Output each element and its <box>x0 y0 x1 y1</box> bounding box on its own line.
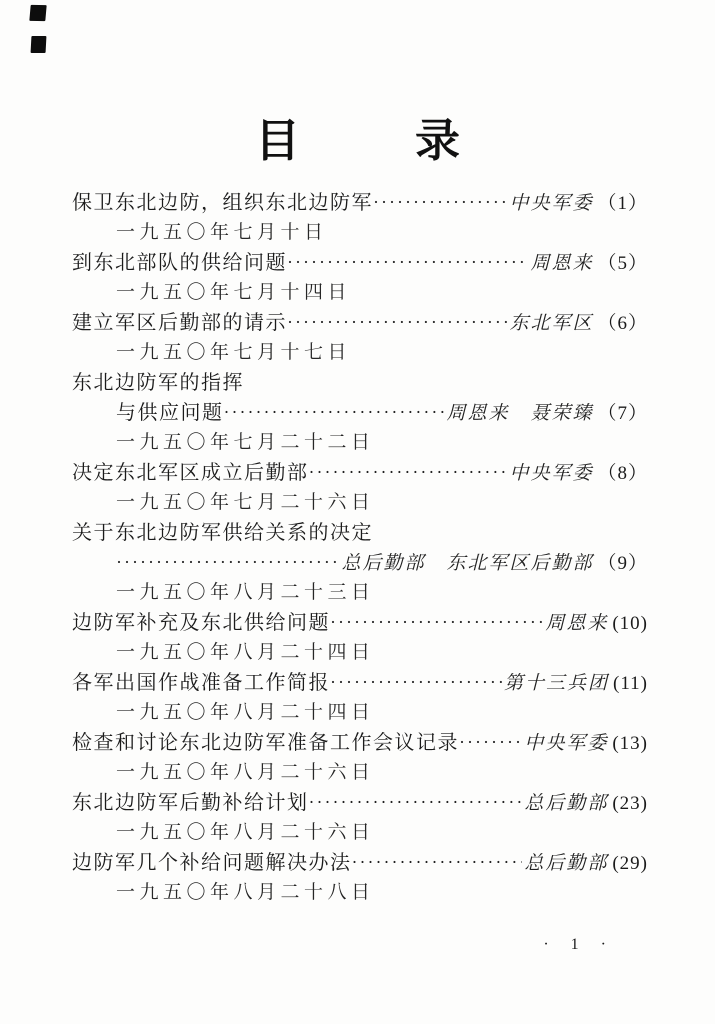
toc-line: 东北边防军的指挥 <box>72 368 648 398</box>
entry-source: 总后勤部 <box>524 849 608 879</box>
line-text: 与供应问题 <box>116 398 224 428</box>
dot-leader: ········································… <box>287 307 507 337</box>
toc-line: 一九五〇年八月二十六日 <box>72 758 648 788</box>
entry-page: (11) <box>613 669 648 699</box>
toc-line: 关于东北边防军供给关系的决定 <box>72 518 648 548</box>
line-text: 决定东北军区成立后勤部 <box>72 458 309 488</box>
toc-line: 到东北部队的供给问题 ·····························… <box>72 248 648 278</box>
entry-source: 总后勤部 <box>524 789 608 819</box>
toc-line: 一九五〇年八月二十六日 <box>72 818 648 848</box>
line-text: 各军出国作战准备工作简报 <box>72 668 330 698</box>
toc-line: ········································… <box>72 548 648 578</box>
line-text: 一九五〇年七月二十二日 <box>116 428 375 458</box>
entry-source: 周恩来 <box>530 249 593 279</box>
dot-leader: ········································… <box>309 457 508 487</box>
toc-line: 建立军区后勤部的请示 ·····························… <box>72 308 648 338</box>
line-text: 边防军补充及东北供给问题 <box>72 608 330 638</box>
page-title-char-lu: 录 <box>415 104 460 169</box>
entry-page: （5） <box>597 249 648 279</box>
toc-line: 保卫东北边防，组织东北边防军 ·························… <box>72 188 648 218</box>
entry-page: （6） <box>597 309 648 339</box>
toc-line: 一九五〇年七月十四日 <box>72 278 648 308</box>
toc-line: 一九五〇年七月十七日 <box>72 338 648 368</box>
entry-source: 中央军委 <box>524 729 608 759</box>
line-text: 边防军几个补给问题解决办法 <box>72 848 352 878</box>
toc-line: 东北边防军后勤补给计划 ····························… <box>72 788 648 818</box>
entry-source: 总后勤部 东北军区后勤部 <box>341 549 593 579</box>
entry-page: (23) <box>612 789 648 819</box>
dot-leader: ········································… <box>330 607 543 637</box>
dot-leader: ········································… <box>330 667 502 697</box>
line-text: 一九五〇年八月二十八日 <box>116 878 375 908</box>
toc-line: 检查和讨论东北边防军准备工作会议记录 ·····················… <box>72 728 648 758</box>
entry-source: 中央军委 <box>509 189 593 219</box>
entry-page: （1） <box>597 189 648 219</box>
dot-leader: ········································… <box>116 547 339 577</box>
entry-page: (10) <box>612 609 648 639</box>
line-text: 一九五〇年八月二十四日 <box>116 638 375 668</box>
toc-line: 一九五〇年七月十日 <box>72 218 648 248</box>
entry-page: (13) <box>612 729 648 759</box>
entry-page: （9） <box>597 549 648 579</box>
toc-line: 一九五〇年七月二十二日 <box>72 428 648 458</box>
line-text: 一九五〇年七月二十六日 <box>116 488 375 518</box>
line-text: 东北边防军的指挥 <box>72 368 244 398</box>
page-title-char-mu: 目 <box>255 104 300 169</box>
entry-page: （7） <box>597 399 648 429</box>
dot-leader: ········································… <box>352 847 523 877</box>
dot-leader: ········································… <box>373 187 507 217</box>
line-text: 一九五〇年八月二十六日 <box>116 818 375 848</box>
toc-line: 边防军补充及东北供给问题 ···························… <box>72 608 648 638</box>
dot-leader: ········································… <box>309 787 523 817</box>
entry-source: 第十三兵团 <box>504 669 609 699</box>
page-title: 目 录 <box>0 104 715 169</box>
dot-leader: ········································… <box>459 727 522 757</box>
toc-line: 边防军几个补给问题解决办法 ··························… <box>72 848 648 878</box>
scan-artifact-mark-bottom <box>31 36 47 53</box>
entry-source: 周恩来 聂荣臻 <box>446 399 593 429</box>
line-text: 东北边防军后勤补给计划 <box>72 788 309 818</box>
line-text: 关于东北边防军供给关系的决定 <box>72 518 373 548</box>
toc-list: 保卫东北边防，组织东北边防军 ·························… <box>72 188 648 908</box>
toc-line: 决定东北军区成立后勤部 ····························… <box>72 458 648 488</box>
line-text: 建立军区后勤部的请示 <box>72 308 287 338</box>
line-text: 一九五〇年八月二十四日 <box>116 698 375 728</box>
toc-line: 各军出国作战准备工作简报 ···························… <box>72 668 648 698</box>
toc-line: 一九五〇年八月二十四日 <box>72 698 648 728</box>
line-text: 保卫东北边防，组织东北边防军 <box>72 188 373 218</box>
scan-artifact-mark-top <box>29 5 46 21</box>
entry-source: 周恩来 <box>545 609 608 639</box>
line-text: 一九五〇年七月十四日 <box>116 278 351 308</box>
entry-source: 东北军区 <box>509 309 593 339</box>
line-text: 一九五〇年七月十日 <box>116 218 328 248</box>
toc-line: 一九五〇年八月二十三日 <box>72 578 648 608</box>
line-text: 一九五〇年七月十七日 <box>116 338 351 368</box>
footer-page-number: · 1 · <box>543 936 615 954</box>
line-text: 一九五〇年八月二十六日 <box>116 758 375 788</box>
entry-page: （8） <box>597 459 648 489</box>
toc-line: 一九五〇年八月二十八日 <box>72 878 648 908</box>
scanned-toc-page: 目 录 保卫东北边防，组织东北边防军 ·····················… <box>0 0 715 1024</box>
dot-leader: ········································… <box>224 397 445 427</box>
toc-line: 一九五〇年七月二十六日 <box>72 488 648 518</box>
line-text: 检查和讨论东北边防军准备工作会议记录 <box>72 728 459 758</box>
line-text: 到东北部队的供给问题 <box>72 248 287 278</box>
toc-line: 与供应问题 ··································… <box>72 398 648 428</box>
dot-leader: ········································… <box>287 247 528 277</box>
entry-page: (29) <box>612 849 648 879</box>
line-text: 一九五〇年八月二十三日 <box>116 578 375 608</box>
toc-line: 一九五〇年八月二十四日 <box>72 638 648 668</box>
entry-source: 中央军委 <box>509 459 593 489</box>
